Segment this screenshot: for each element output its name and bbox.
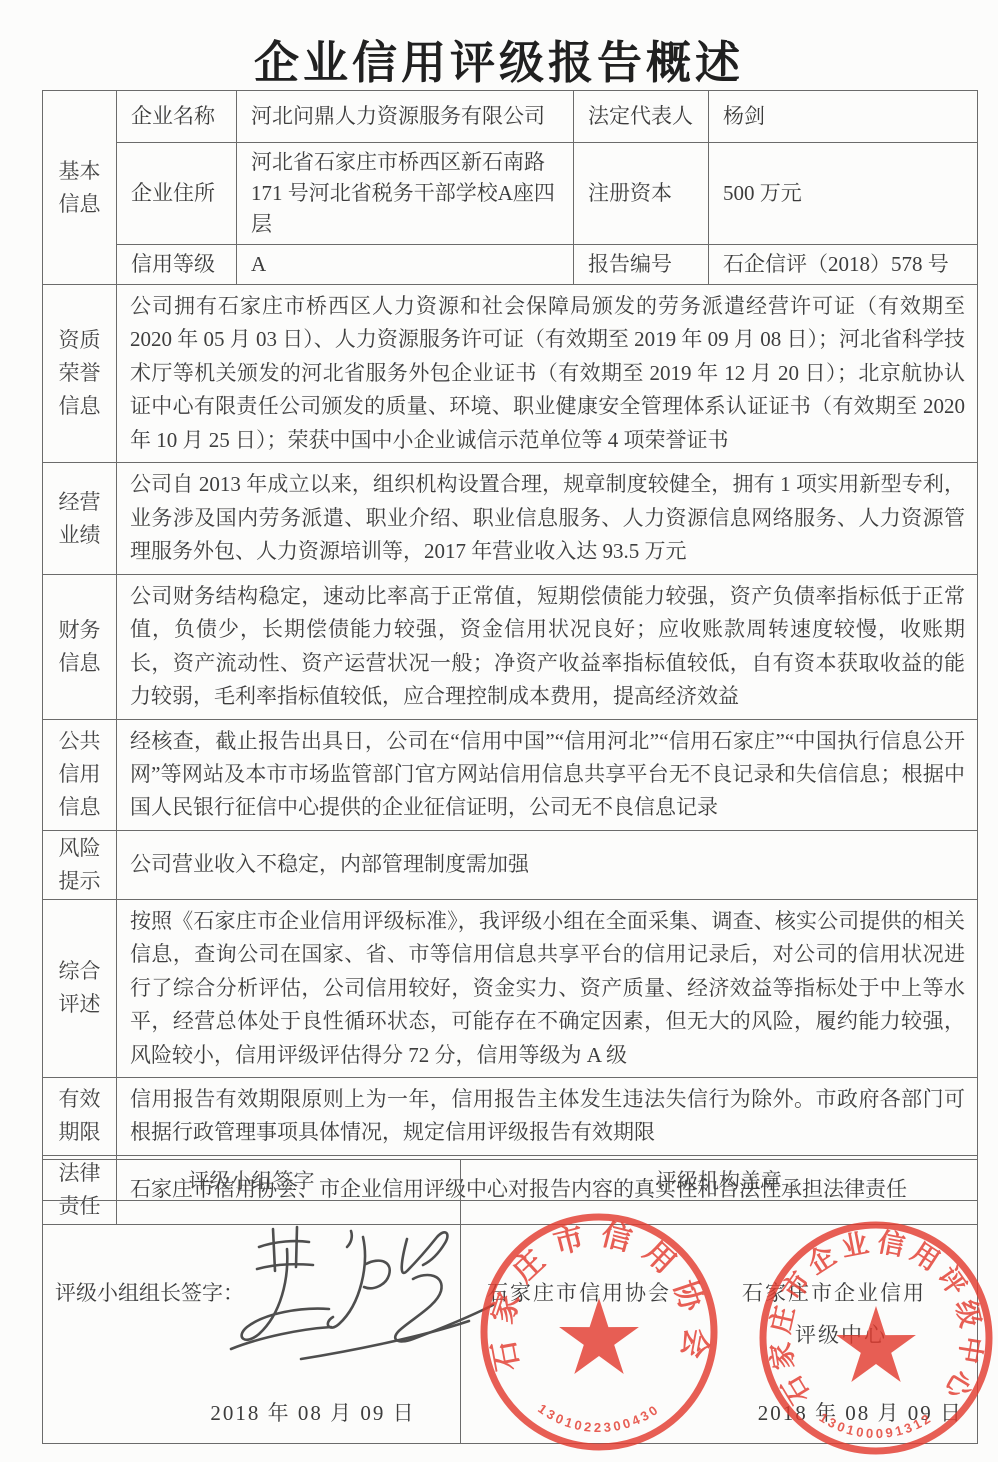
rating-team-signature-header: 评级小组签字 bbox=[43, 1160, 461, 1201]
rating-agency-seal-header: 评级机构盖章 bbox=[461, 1160, 978, 1201]
section-text: 公司营业收入不稳定，内部管理制度需加强 bbox=[117, 830, 978, 899]
report-number-value: 石企信评（2018）578 号 bbox=[709, 245, 978, 285]
signature-cell: 评级小组组长签字： bbox=[43, 1201, 461, 1444]
company-name-label: 企业名称 bbox=[117, 91, 237, 143]
registered-capital-value: 500 万元 bbox=[709, 143, 978, 245]
org1-printed-name: 石家庄市信用协会 bbox=[487, 1277, 671, 1307]
table-row: 信用等级 A 报告编号 石企信评（2018）578 号 bbox=[43, 245, 978, 285]
signature-seal-table: 评级小组签字 评级机构盖章 评级小组组长签字： bbox=[42, 1159, 978, 1444]
table-row: 评级小组签字 评级机构盖章 bbox=[43, 1160, 978, 1201]
report-table: 基本 信息 企业名称 河北问鼎人力资源服务有限公司 法定代表人 杨剑 企业住所 … bbox=[42, 90, 978, 1225]
section-label: 综合 评述 bbox=[43, 899, 117, 1077]
section-label: 财务 信息 bbox=[43, 575, 117, 720]
org2-printed-name-line2: 评级中心 bbox=[795, 1319, 887, 1349]
section-text: 按照《石家庄市企业信用评级标准》，我评级小组在全面采集、调查、核实公司提供的相关… bbox=[117, 899, 978, 1077]
section-text: 公司自 2013 年成立以来，组织机构设置合理，规章制度较健全，拥有 1 项实用… bbox=[117, 463, 978, 575]
section-text: 经核查，截止报告出具日，公司在“信用中国”“信用河北”“信用石家庄”“中国执行信… bbox=[117, 719, 978, 830]
document-page: 企业信用评级报告概述 基本 信息 企业名称 河北问鼎人力资源服务有限公司 法定代… bbox=[0, 0, 998, 1462]
legal-representative-value: 杨剑 bbox=[709, 91, 978, 143]
section-risk-warning: 风险 提示 公司营业收入不稳定，内部管理制度需加强 bbox=[43, 830, 978, 899]
credit-rating-value: A bbox=[237, 245, 574, 285]
legal-representative-label: 法定代表人 bbox=[574, 91, 709, 143]
section-business-performance: 经营 业绩 公司自 2013 年成立以来，组织机构设置合理，规章制度较健全，拥有… bbox=[43, 463, 978, 575]
company-address-label: 企业住所 bbox=[117, 143, 237, 245]
report-number-label: 报告编号 bbox=[574, 245, 709, 285]
company-address-value: 河北省石家庄市桥西区新石南路 171 号河北省税务干部学校A座四层 bbox=[237, 143, 574, 245]
section-label: 风险 提示 bbox=[43, 830, 117, 899]
page-title: 企业信用评级报告概述 bbox=[0, 26, 998, 91]
section-text: 公司财务结构稳定，速动比率高于正常值，短期偿债能力较强，资产负债率指标低于正常值… bbox=[117, 575, 978, 720]
section-label: 经营 业绩 bbox=[43, 463, 117, 575]
registered-capital-label: 注册资本 bbox=[574, 143, 709, 245]
credit-rating-label: 信用等级 bbox=[117, 245, 237, 285]
section-comprehensive-review: 综合 评述 按照《石家庄市企业信用评级标准》，我评级小组在全面采集、调查、核实公… bbox=[43, 899, 978, 1077]
left-date: 2018 年 08 月 09 日 bbox=[163, 1397, 463, 1427]
section-label: 公共 信用 信息 bbox=[43, 719, 117, 830]
section-financial-info: 财务 信息 公司财务结构稳定，速动比率高于正常值，短期偿债能力较强，资产负债率指… bbox=[43, 575, 978, 720]
table-row: 企业住所 河北省石家庄市桥西区新石南路 171 号河北省税务干部学校A座四层 注… bbox=[43, 143, 978, 245]
section-text: 信用报告有效期限原则上为一年，信用报告主体发生违法失信行为除外。市政府各部门可根… bbox=[117, 1077, 978, 1155]
company-name-value: 河北问鼎人力资源服务有限公司 bbox=[237, 91, 574, 143]
seal-cell: 石家庄市信用协会 石家庄市企业信用 评级中心 2018 年 08 月 09 日 bbox=[461, 1201, 978, 1444]
basic-info-label: 基本 信息 bbox=[43, 91, 117, 285]
table-row: 评级小组组长签字： bbox=[43, 1201, 978, 1444]
section-validity-period: 有效 期限 信用报告有效期限原则上为一年，信用报告主体发生违法失信行为除外。市政… bbox=[43, 1077, 978, 1155]
right-date: 2018 年 08 月 09 日 bbox=[758, 1397, 963, 1427]
org2-printed-name-line1: 石家庄市企业信用 bbox=[742, 1277, 926, 1307]
section-label: 有效 期限 bbox=[43, 1077, 117, 1155]
section-label: 资质 荣誉 信息 bbox=[43, 285, 117, 463]
section-public-credit-info: 公共 信用 信息 经核查，截止报告出具日，公司在“信用中国”“信用河北”“信用石… bbox=[43, 719, 978, 830]
handwritten-signature bbox=[201, 1209, 501, 1384]
table-row: 基本 信息 企业名称 河北问鼎人力资源服务有限公司 法定代表人 杨剑 bbox=[43, 91, 978, 143]
section-qualifications-honors: 资质 荣誉 信息 公司拥有石家庄市桥西区人力资源和社会保障局颁发的劳务派遣经营许… bbox=[43, 285, 978, 463]
section-text: 公司拥有石家庄市桥西区人力资源和社会保障局颁发的劳务派遣经营许可证（有效期至 2… bbox=[117, 285, 978, 463]
